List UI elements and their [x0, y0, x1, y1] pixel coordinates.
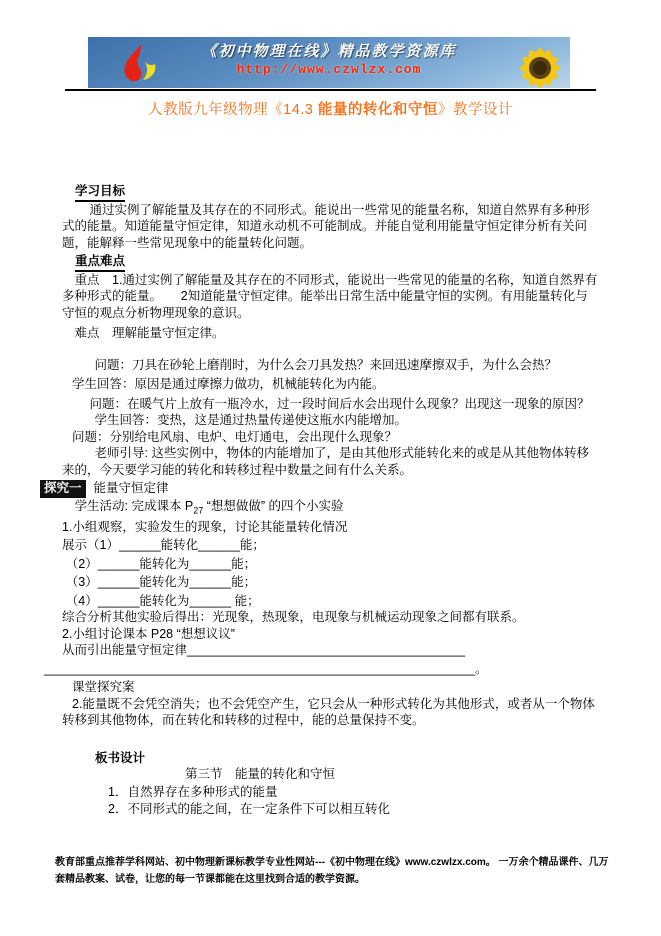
observe-step-text: 1.小组观察，实验发生的现象，讨论其能量转化情况: [62, 519, 599, 536]
page-footer-text: 教育部重点推荐学科网站、初中物理新课标教学专业性网站---《初中物理在线》www…: [55, 855, 618, 888]
fill-blank-line-1: 展示（1）______能转化______能；: [62, 537, 599, 554]
student-activity-line: 学生活动: 完成课本 P27 “想想做做” 的四个小实验: [62, 498, 599, 519]
fill-blank-line-2: （2）______能转化为______能；: [62, 556, 599, 573]
banner-site-title: 《初中物理在线》精品教学资源库: [88, 40, 570, 61]
page-title-prefix: 人教版九年级物理《14.3: [148, 102, 318, 118]
law-lead-in-blank-line2: ________________________________________…: [44, 661, 599, 678]
page-title-emphasis: 能量的转化和守恒: [318, 102, 438, 118]
activity-text-prefix: 学生活动: 完成课本 P: [75, 499, 194, 513]
fill-blank-line-3: （3）______能转化为______能；: [62, 574, 599, 591]
activity-page-subscript: 27: [193, 505, 203, 515]
objectives-text: 通过实例了解能量及其存在的不同形式。能说出一些常见的能量名称，知道自然界有多种形…: [62, 202, 599, 252]
banner-divider-rule: [65, 89, 596, 91]
document-body: 学习目标 通过实例了解能量及其存在的不同形式。能说出一些常见的能量名称，知道自然…: [62, 183, 599, 818]
explore-tag-title: 能量守恒定律: [94, 481, 169, 495]
explore-section-line: 探究一能量守恒定律: [40, 480, 599, 498]
key-points-heading: 重点难点: [75, 253, 125, 272]
document-page: 《初中物理在线》精品教学资源库 http://www.czwlzx.com 人教…: [0, 0, 661, 936]
key-points-text: 重点 1.通过实例了解能量及其存在的不同形式，能说出一些常见的能量的名称，知道自…: [62, 272, 599, 322]
page-title-suffix: 》教学设计: [438, 102, 513, 118]
board-design-heading: 板书设计: [95, 750, 599, 767]
board-section-title: 第三节 能量的转化和守恒: [185, 766, 599, 783]
activity-text-suffix: “想想做做” 的四个小实验: [203, 499, 343, 513]
site-banner: 《初中物理在线》精品教学资源库 http://www.czwlzx.com: [88, 37, 570, 88]
board-item-2: 2．不同形式的能之间，在一定条件下可以相互转化: [108, 801, 599, 818]
answer-1: 学生回答：原因是通过摩擦力做功，机械能转化为内能。: [62, 376, 599, 393]
teacher-guide-text: 老师引导: 这些实例中，物体的内能增加了，是由其他形式能转化来的或是从其他物体转…: [62, 445, 599, 478]
question-1: 问题：刀具在砂轮上磨削时，为什么会刀具发热？来回迅速摩擦双手，为什么会热？: [62, 357, 599, 374]
answer-2: 学生回答：变热，这是通过热量传递使这瓶水内能增加。: [62, 412, 599, 429]
fill-blank-line-4: （4）______能转化为______ 能；: [62, 593, 599, 610]
law-lead-in-blank: 从而引出能量守恒定律______________________________…: [62, 642, 599, 659]
group-discuss-text: 2.小组讨论课本 P28 “想想议议”: [62, 626, 599, 643]
board-item-1: 1．自然界存在多种形式的能量: [108, 784, 599, 801]
banner-site-url-link[interactable]: http://www.czwlzx.com: [88, 62, 570, 77]
sunflower-icon: [514, 42, 566, 88]
difficulty-text: 难点 理解能量守恒定律。: [62, 325, 599, 342]
classroom-case-heading: 课堂探究案: [62, 679, 599, 696]
lead-in-qa-block: 问题：刀具在砂轮上磨削时，为什么会刀具发热？来回迅速摩擦双手，为什么会热？ 学生…: [62, 357, 599, 479]
page-title: 人教版九年级物理《14.3 能量的转化和守恒》教学设计: [0, 98, 661, 119]
question-3: 问题：分别给电风扇、电炉、电灯通电，会出现什么现象？: [62, 429, 599, 446]
explore-tag-badge: 探究一: [40, 480, 86, 498]
objectives-heading: 学习目标: [75, 183, 125, 202]
energy-conservation-statement: 2.能量既不会凭空消失；也不会凭空产生，它只会从一种形式转化为其他形式，或者从一…: [62, 696, 599, 729]
analysis-conclusion-text: 综合分析其他实验后得出：光现象，热现象，电现象与机械运动现象之间都有联系。: [62, 609, 599, 626]
question-2: 问题：在暖气片上放有一瓶冷水，过一段时间后水会出现什么现象？出现这一现象的原因？: [62, 396, 599, 413]
